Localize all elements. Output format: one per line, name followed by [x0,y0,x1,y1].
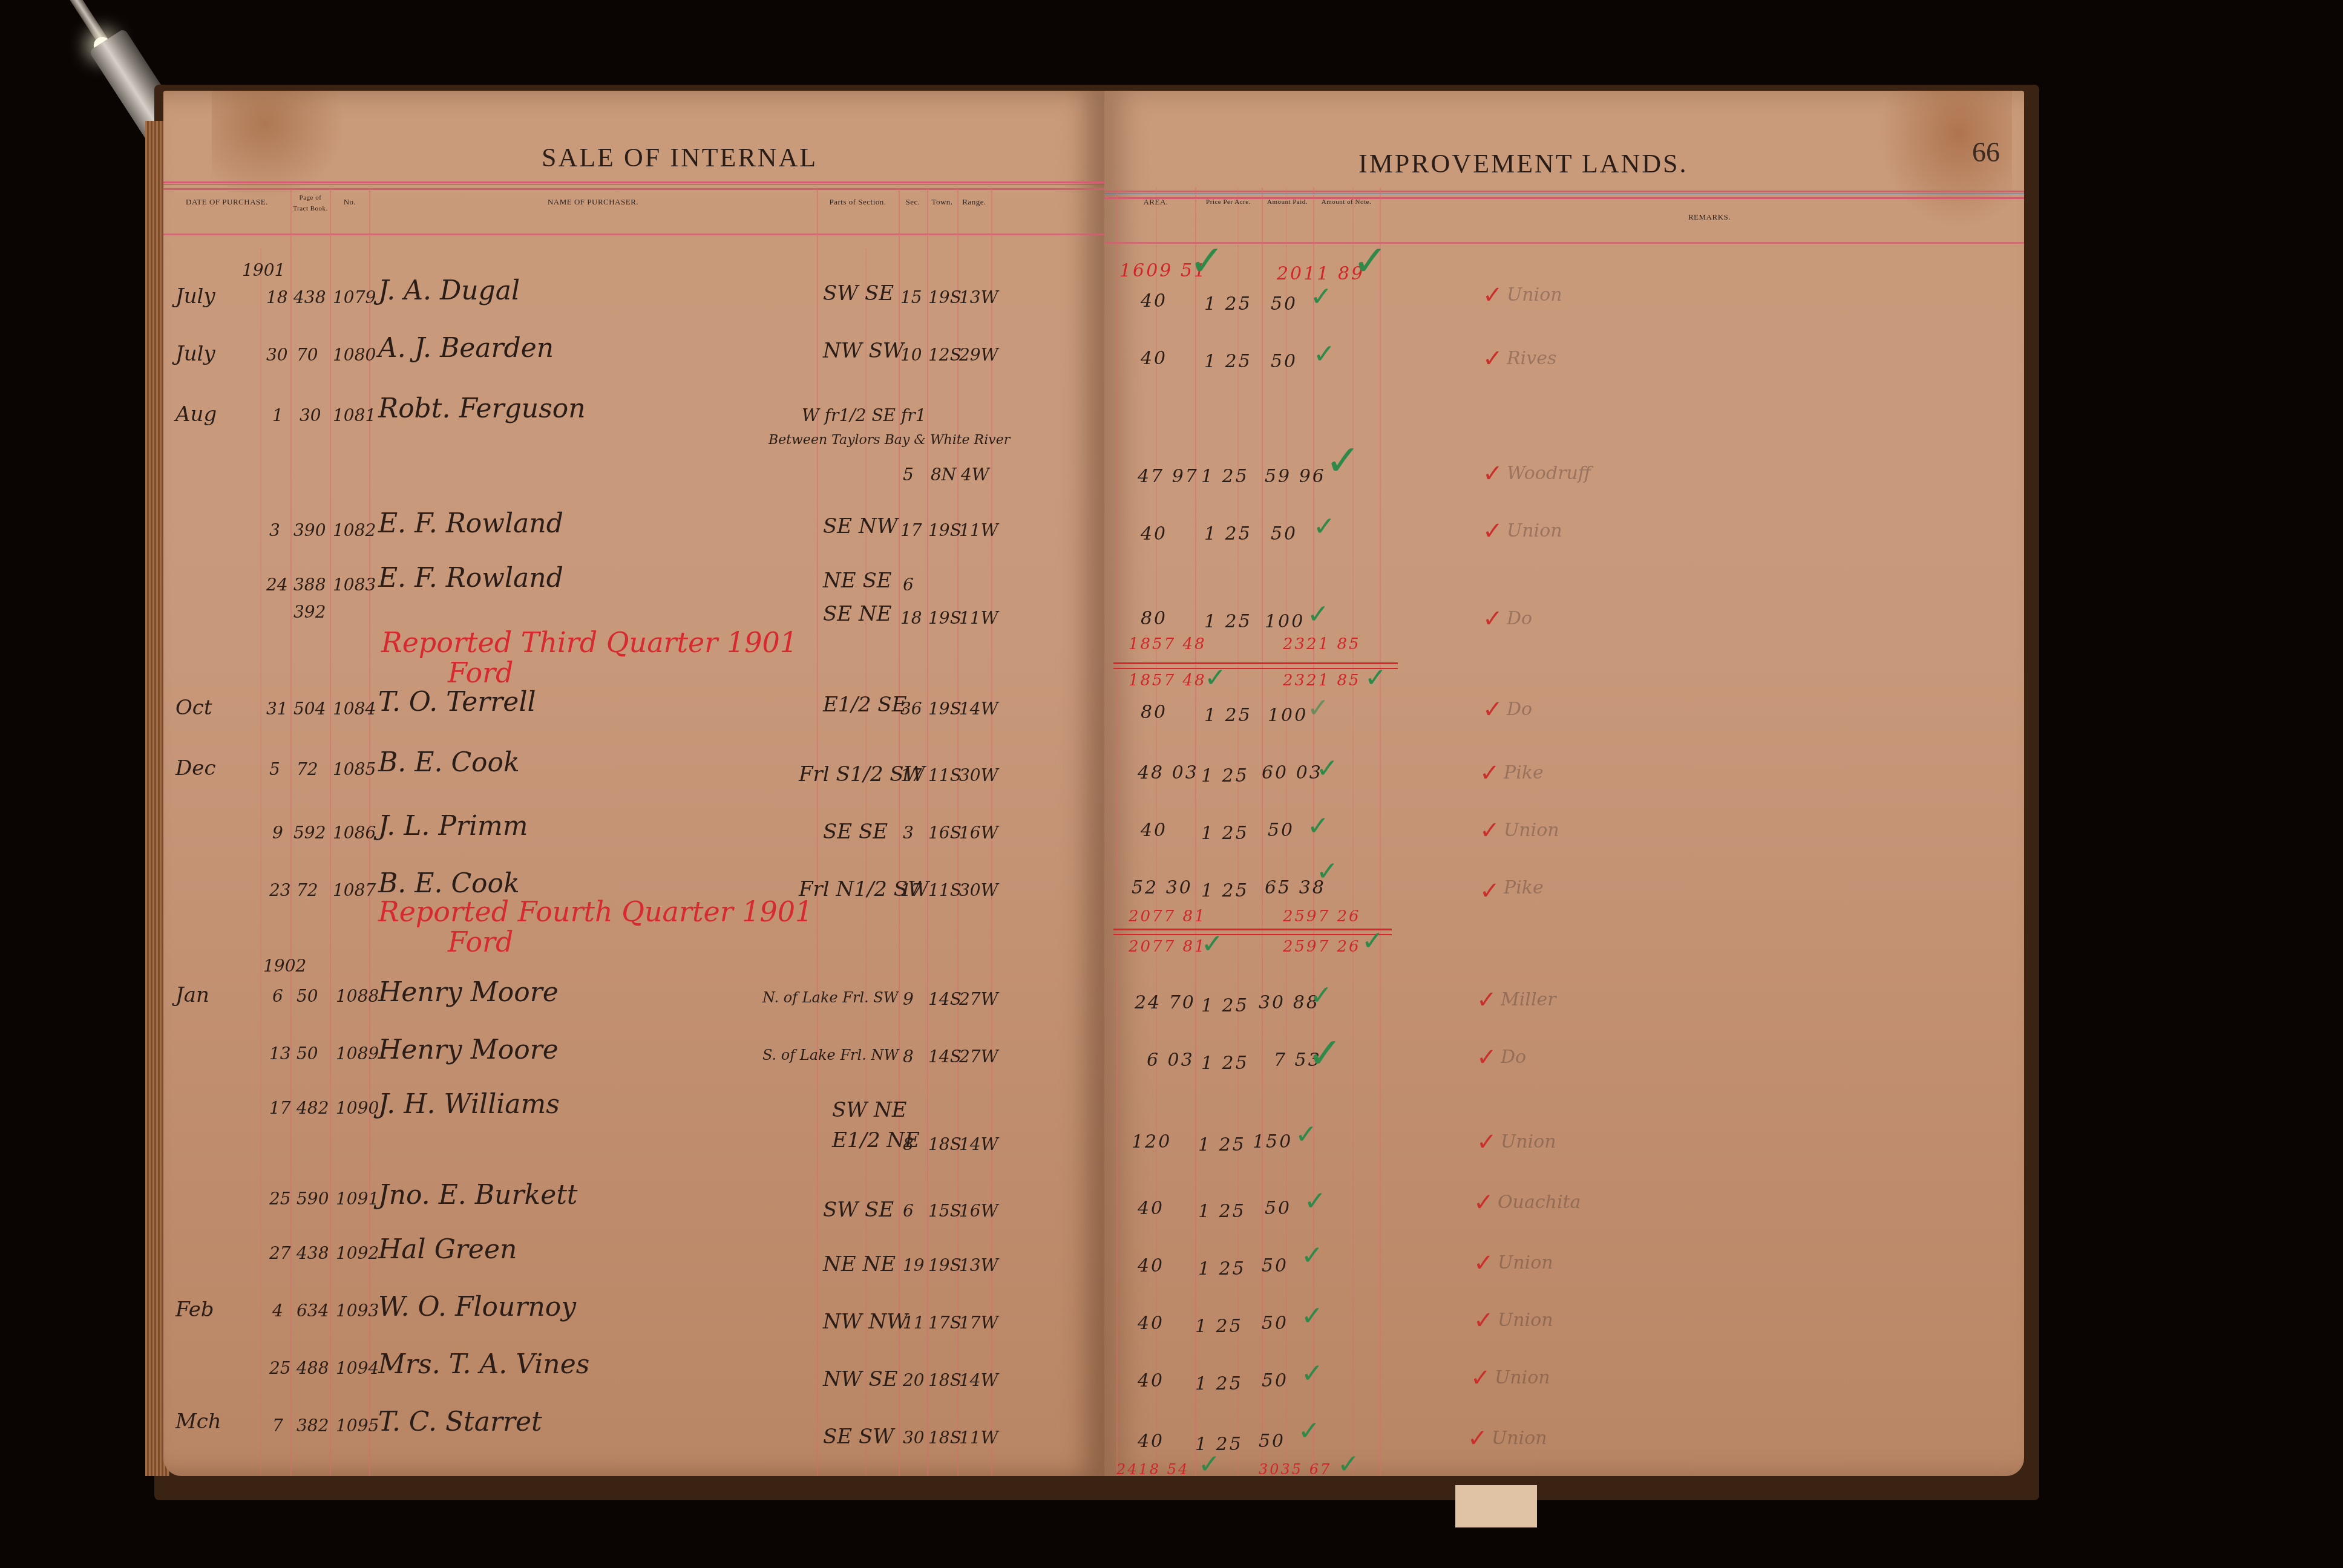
row-paid: 150 [1253,1131,1293,1152]
row-town: 14S [928,989,962,1009]
row-tract-page: 438 [293,287,326,307]
row-town: 18S [928,1134,962,1154]
row-range: 16W [959,823,998,843]
row-town: 19S [928,287,962,307]
row-parts: SW NE [832,1098,907,1122]
verified-mark-icon: ✓ [1483,281,1503,309]
row-day: 24 [266,575,288,595]
row-purchaser-name: E. F. Rowland [378,563,563,593]
row-day: 23 [269,880,291,900]
row-remark: Union [1507,520,1562,541]
check-mark-icon: ✓ [1201,929,1224,959]
row-paid: 50 [1271,351,1297,372]
row-paid: 59 96 [1265,466,1326,487]
row-tract-page: 482 [297,1098,329,1118]
col-header-no: No. [332,197,368,207]
row-paid: 100 [1265,611,1305,632]
col-header-sec: Sec. [899,197,927,207]
row-price: 1 25 [1195,1316,1243,1337]
row-area: 40 [1138,1255,1164,1276]
row-no: 1095 [336,1416,379,1436]
row-month: July [175,342,215,366]
row-day: 27 [269,1243,291,1263]
q3-area-total: 1857 48 [1129,671,1207,690]
row-town: 11S [928,765,962,785]
row-sec: 6 [903,1201,914,1221]
row-parts: SW SE [823,281,894,305]
header-rule-top [163,181,1104,190]
row-parts: SE NW [823,514,898,538]
row-paid: 100 [1268,705,1308,726]
row-remark: Pike [1504,877,1544,898]
row-remark: Union [1495,1367,1550,1388]
row-remark: Do [1507,699,1532,720]
row-paid: 50 [1262,1255,1288,1276]
header-rule-bottom [163,234,1104,235]
row-no: 1085 [333,759,376,779]
row-purchaser-name: Henry Moore [378,977,559,1008]
row-area: 52 30 [1132,877,1193,898]
row-tract-page: 634 [297,1301,329,1321]
row-parts: N. of Lake Frl. SW [762,989,898,1006]
row-price: 1 25 [1204,611,1252,632]
row-tract-page: 70 [297,345,318,365]
right-page-title: IMPROVEMENT LANDS. [1358,148,1688,179]
col-divider [1352,188,1354,1476]
row-remark: Miller [1501,989,1556,1010]
row-paid: 50 [1262,1313,1288,1334]
col-header-range: Range. [957,197,991,207]
row-parts: S. of Lake Frl. NW [762,1047,899,1063]
row-parts-2: SE NE [823,602,892,626]
col-header-date: DATE OF PURCHASE. [169,197,284,207]
row-purchaser-name: J. L. Primm [378,811,528,841]
row-town: 11S [928,880,962,900]
row-parts-note: Between Taylors Bay & White River [768,433,1010,448]
row-no: 1082 [333,520,376,540]
row-tract-page: 592 [293,823,326,843]
row-remark: Rives [1507,348,1556,369]
row-price: 1 25 [1198,1201,1246,1222]
row-sec: 8 [903,1047,914,1067]
row-no: 1079 [333,287,376,307]
quarter-report-label: Reported Fourth Quarter 1901 [378,895,813,928]
row-day: 4 [272,1301,283,1321]
col-header-note: Amount of Note. [1313,197,1380,207]
row-tract-page: 438 [297,1243,329,1263]
row-no: 1084 [333,699,376,719]
row-no: 1093 [336,1301,379,1321]
row-price: 1 25 [1201,880,1249,901]
left-page: SALE OF INTERNAL DATE OF PURCHASE. Page … [163,91,1104,1476]
row-town: 12S [928,345,962,365]
row-no: 1081 [333,405,376,425]
col-divider [1380,188,1381,1476]
row-area: 80 [1141,608,1167,629]
row-remark: Union [1498,1252,1553,1273]
quarter-report-signature: Ford [448,656,514,689]
row-parts: SE SW [823,1425,894,1449]
row-range: 30W [959,765,998,785]
row-area: 40 [1141,523,1167,544]
row-parts: W fr1/2 SE fr1 [802,405,926,425]
verified-mark-icon: ✓ [1476,1044,1497,1071]
row-paid: 50 [1271,293,1297,315]
row-month: Dec [175,756,215,780]
row-paid: 50 [1271,523,1297,544]
row-range: 30W [959,880,998,900]
row-range: 14W [959,1370,998,1390]
row-area: 40 [1141,348,1167,369]
row-town: 14S [928,1047,962,1067]
verified-mark-icon: ✓ [1483,696,1503,724]
check-mark-icon: ✓ [1307,811,1329,841]
verified-mark-icon: ✓ [1473,1307,1494,1334]
row-parts: SE SE [823,820,888,844]
row-parts: NE NE [823,1252,896,1276]
row-range: 13W [959,1255,998,1275]
year-1901: 1901 [242,260,285,280]
col-header-name: NAME OF PURCHASER. [369,197,817,207]
row-sec: 17 [900,765,922,785]
q3-area-subtotal: 1857 48 [1129,635,1207,653]
row-remark: Do [1501,1047,1526,1068]
row-parts: NW NW [823,1310,908,1334]
year-1902: 1902 [263,956,306,976]
verified-mark-icon: ✓ [1473,1189,1494,1217]
row-day: 13 [269,1044,291,1063]
row-town: 19S [928,1255,962,1275]
col-header-remarks: REMARKS. [1649,212,1770,223]
check-mark-icon: ✓ [1310,281,1332,312]
row-tract-page: 72 [297,880,318,900]
row-day: 25 [269,1358,291,1378]
col-divider [1116,188,1118,1476]
check-mark-icon: ✓ [1298,1416,1320,1446]
right-page: IMPROVEMENT LANDS. 66 AREA. Price Per Ac… [1104,91,2024,1476]
check-mark-icon: ✓ [1365,662,1387,693]
row-price: 1 25 [1204,705,1252,726]
row-purchaser-name: B. E. Cook [378,747,520,778]
col-divider [260,248,261,1476]
row-no: 1092 [336,1243,379,1263]
verified-mark-icon: ✓ [1480,817,1500,844]
row-purchaser-name: B. E. Cook [378,868,520,899]
row-area: 6 03 [1147,1050,1194,1071]
verified-mark-icon: ✓ [1480,877,1500,905]
row-remark: Woodruff [1507,463,1591,484]
row-tract-page: 382 [297,1416,329,1436]
verified-mark-icon: ✓ [1476,986,1497,1014]
row-area: 40 [1141,290,1167,312]
row-day: 9 [272,823,283,843]
row-remark: Pike [1504,762,1544,783]
row-purchaser-name: E. F. Rowland [378,508,563,539]
row-tract-page: 590 [297,1189,329,1209]
quarter-report-label: Reported Third Quarter 1901 [381,626,798,659]
row-remark: Union [1492,1428,1547,1449]
row-purchaser-name: Mrs. T. A. Vines [378,1349,589,1380]
row-paid: 60 03 [1262,762,1323,783]
check-mark-icon: ✓ [1307,599,1329,630]
row-sec: 17 [900,880,922,900]
row-purchaser-name: T. C. Starret [378,1406,542,1437]
col-divider [1262,188,1263,1476]
row-range: 27W [959,1047,998,1067]
row-town: 16S [928,823,962,843]
row-area: 40 [1141,820,1167,841]
row-range: 29W [959,345,998,365]
row-town: 17S [928,1313,962,1333]
check-mark-icon: ✓ [1295,1119,1317,1150]
row-parts: NE SE [823,569,892,593]
col-divider [330,188,331,1476]
row-range: 11W [959,520,998,540]
check-mark-icon: ✓ [1362,926,1384,956]
row-price: 1 25 [1198,1134,1246,1155]
col-header-parts: Parts of Section. [817,197,899,207]
page-number: 66 [1972,136,2000,168]
row-purchaser-name: W. O. Flournoy [378,1292,576,1322]
q3-paid-total: 2321 85 [1283,671,1361,690]
check-mark-icon: ✓ [1325,436,1361,485]
row-no: 1089 [336,1044,379,1063]
row-day: 17 [269,1098,291,1118]
row-no: 1080 [333,345,376,365]
verified-mark-icon: ✓ [1473,1249,1494,1277]
verified-mark-icon: ✓ [1467,1425,1488,1452]
row-no: 1086 [333,823,376,843]
row-purchaser-name: J. A. Dugal [378,275,520,306]
row-paid: 50 [1262,1370,1288,1391]
check-mark-icon: ✓ [1301,1301,1323,1331]
row-range: 16W [959,1201,998,1221]
row-month: Mch [175,1410,221,1434]
col-header-area: AREA. [1116,197,1195,207]
total-double-rule [1113,662,1398,669]
row-town: 18S [928,1370,962,1390]
row-area: 120 [1132,1131,1171,1152]
row-sec: 15 [900,287,922,307]
row-town: 19S [928,608,962,628]
row-range: 4W [961,465,989,485]
row-area: 40 [1138,1313,1164,1334]
col-header-town: Town. [927,197,957,207]
col-header-tract-page: Page of Tract Book. [292,192,329,214]
row-price: 1 25 [1204,523,1252,544]
row-paid: 50 [1265,1198,1291,1219]
row-tract-page-2: 392 [293,602,326,622]
check-mark-icon: ✓ [1313,511,1335,542]
row-no: 1094 [336,1358,379,1378]
row-parts: E1/2 SE [823,693,906,717]
col-divider [1195,188,1196,1476]
row-sec: 8 [903,1134,914,1154]
row-sec: 36 [900,699,922,719]
row-remark: Ouachita [1498,1192,1581,1213]
row-price: 1 25 [1204,293,1252,315]
verified-mark-icon: ✓ [1476,1128,1497,1156]
row-day: 6 [272,986,283,1006]
row-month: Feb [175,1298,214,1322]
row-price: 1 25 [1198,1258,1246,1279]
row-purchaser-name: A. J. Bearden [378,333,554,364]
row-month: Jan [175,983,209,1007]
row-tract-page: 50 [297,1044,318,1063]
row-price: 1 25 [1201,1053,1249,1074]
row-sec: 3 [903,823,914,843]
row-no: 1087 [333,880,376,900]
row-range: 14W [959,1134,998,1154]
row-remark: Union [1504,820,1559,841]
row-price: 1 25 [1201,823,1249,844]
check-mark-icon: ✓ [1189,236,1225,286]
q4-paid-total: 2597 26 [1283,938,1361,956]
row-remark: Union [1501,1131,1556,1152]
row-month: July [175,284,215,309]
verified-mark-icon: ✓ [1483,460,1503,488]
check-mark-icon: ✓ [1204,662,1227,693]
q4-area-subtotal: 2077 81 [1129,907,1207,926]
row-purchaser-name: Henry Moore [378,1034,559,1065]
row-day: 5 [269,759,280,779]
check-mark-icon: ✓ [1301,1358,1323,1389]
row-no: 1083 [333,575,376,595]
row-price: 1 25 [1201,765,1249,786]
row-area: 47 97 [1138,466,1199,487]
row-tract-page: 30 [300,405,321,425]
row-tract-page: 72 [297,759,318,779]
row-month: Oct [175,696,212,720]
row-town: 19S [928,699,962,719]
row-town: 8N [931,465,956,485]
check-mark-icon: ✓ [1352,236,1388,286]
row-range: 11W [959,1428,998,1448]
row-area: 40 [1138,1431,1164,1452]
row-day: 1 [272,405,283,425]
row-range: 14W [959,699,998,719]
row-no: 1090 [336,1098,379,1118]
quarter-report-signature: Ford [448,926,514,958]
row-remark: Do [1507,608,1532,629]
verified-mark-icon: ✓ [1470,1364,1491,1392]
row-purchaser-name: Hal Green [378,1234,517,1265]
row-purchaser-name: Jno. E. Burkett [378,1180,578,1210]
row-sec: 30 [903,1428,925,1448]
check-mark-icon: ✓ [1301,1240,1323,1271]
row-remark: Union [1498,1310,1553,1331]
row-parts: NW SE [823,1367,898,1391]
row-area: 80 [1141,702,1167,723]
row-sec: 20 [903,1370,925,1390]
verified-mark-icon: ✓ [1480,759,1500,787]
row-sec: 19 [903,1255,925,1275]
col-header-paid: Amount Paid. [1262,197,1313,207]
paper-slip [1455,1485,1537,1527]
row-purchaser-name: T. O. Terrell [378,687,536,717]
page-total-area: 2418 54 [1116,1461,1189,1476]
verified-mark-icon: ✓ [1483,345,1503,373]
q4-area-total: 2077 81 [1129,938,1207,956]
row-day: 18 [266,287,288,307]
row-town: 18S [928,1428,962,1448]
row-tract-page: 50 [297,986,318,1006]
verified-mark-icon: ✓ [1483,517,1503,545]
row-price: 1 25 [1195,1373,1243,1394]
row-price: 1 25 [1201,466,1249,487]
row-tract-page: 504 [293,699,326,719]
row-day: 7 [272,1416,283,1436]
row-area: 40 [1138,1370,1164,1391]
row-day: 3 [269,520,280,540]
check-mark-icon: ✓ [1316,856,1339,887]
check-mark-icon: ✓ [1310,980,1332,1011]
row-price: 1 25 [1204,351,1252,372]
verified-mark-icon: ✓ [1483,605,1503,633]
row-month: Aug [175,402,217,426]
row-day: 30 [266,345,288,365]
row-town: 15S [928,1201,962,1221]
row-no: 1091 [336,1189,379,1209]
row-paid: 50 [1268,820,1294,841]
row-paid: 50 [1259,1431,1285,1452]
row-remark: Union [1507,284,1562,305]
row-range: 11W [959,608,998,628]
row-parts: SW SE [823,1198,894,1222]
row-area: 48 03 [1138,762,1199,783]
col-divider [290,188,292,1476]
check-mark-icon: ✓ [1313,339,1335,370]
row-price: 1 25 [1201,995,1249,1016]
row-parts: NW SW [823,339,904,363]
row-range: 17W [959,1313,998,1333]
check-mark-icon: ✓ [1337,1449,1360,1476]
row-sec-2: 18 [900,608,922,628]
row-sec: 11 [903,1313,925,1333]
check-mark-icon: ✓ [1304,1186,1326,1217]
page-total-paid: 3035 67 [1259,1461,1331,1476]
row-tract-page: 488 [297,1358,329,1378]
row-purchaser-name: J. H. Williams [378,1089,560,1120]
row-area: 24 70 [1135,992,1196,1013]
check-mark-icon: ✓ [1307,1028,1343,1078]
row-purchaser-name: Robt. Ferguson [378,393,586,424]
row-tract-page: 390 [293,520,326,540]
row-tract-page: 388 [293,575,326,595]
check-mark-icon: ✓ [1307,693,1329,724]
row-sec: 5 [903,465,914,485]
check-mark-icon: ✓ [1316,753,1339,784]
row-day: 31 [266,699,288,719]
col-divider [899,188,900,1476]
row-sec: 9 [903,989,914,1009]
total-double-rule [1113,929,1392,935]
row-no: 1088 [336,986,379,1006]
q4-paid-subtotal: 2597 26 [1283,907,1361,926]
row-day: 25 [269,1189,291,1209]
row-area: 40 [1138,1198,1164,1219]
check-mark-icon: ✓ [1198,1449,1221,1476]
col-header-price: Price Per Acre. [1195,197,1262,207]
left-page-title: SALE OF INTERNAL [542,142,818,173]
q3-paid-subtotal: 2321 85 [1283,635,1361,653]
row-town: 19S [928,520,962,540]
header-rule-bottom [1104,242,2024,244]
col-divider [817,188,818,1476]
row-range: 13W [959,287,998,307]
row-range: 27W [959,989,998,1009]
row-sec: 6 [903,575,914,595]
